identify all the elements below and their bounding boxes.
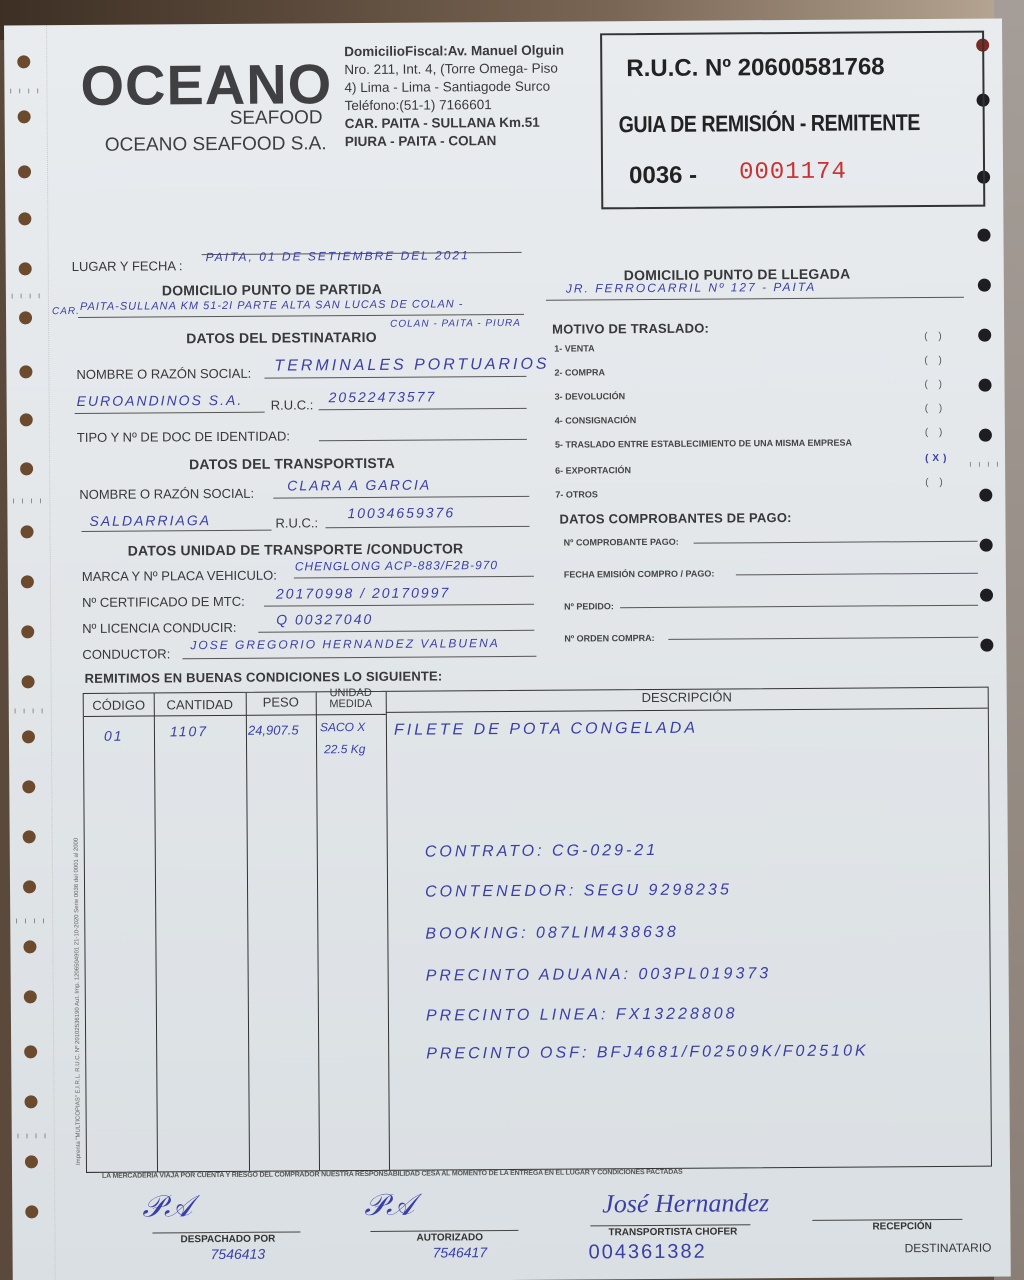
left-feed-strip: ı ı ı ı ı ı ı ı ı ı ı ı ı ı ı ı ı ı ı ı …: [4, 25, 56, 1280]
motivo-option-label: 6- EXPORTACIÓN: [555, 465, 631, 476]
motivo-checkbox[interactable]: ( ): [925, 403, 947, 414]
company-address: DomicilioFiscal:Av. Manuel Olguin Nro. 2…: [344, 42, 565, 152]
document-title: GUIA DE REMISIÓN - REMITENTE: [619, 109, 920, 138]
lugar-fecha-label: LUGAR Y FECHA :: [72, 258, 183, 274]
cell-descripcion: FILETE DE POTA CONGELADA: [394, 720, 698, 740]
remision-guide-document: ı ı ı ı ı ı ı ı ı ı ı ı ı ı ı ı ı ı ı ı …: [4, 19, 1011, 1280]
signature-number-autorizado: 7546417: [433, 1244, 488, 1260]
signature-chofer-icon: José Hernandez: [602, 1188, 769, 1219]
signature-label-recepcion: RECEPCIÓN: [872, 1221, 932, 1232]
motivo-checkbox[interactable]: (X): [925, 453, 950, 464]
printer-imprint: Imprenta "MULTICOPIAS" E.I.R.L. R.U.C. N…: [74, 838, 82, 1165]
destinatario-nombre-label: NOMBRE O RAZÓN SOCIAL:: [76, 366, 251, 382]
mtc-value: 20170998 / 20170997: [276, 584, 450, 601]
feed-hole-icon: [22, 675, 35, 688]
transportista-title: DATOS DEL TRANSPORTISTA: [189, 455, 395, 472]
header-unidad: UNIDAD MEDIDA: [316, 688, 386, 710]
destinatario-footer-label: DESTINATARIO: [905, 1241, 992, 1256]
company-logo-sub: SEAFOOD: [230, 107, 323, 130]
feed-hole-icon: [19, 365, 32, 378]
transportista-ruc-label: R.U.C.:: [275, 515, 318, 530]
header-cantidad: CANTIDAD: [154, 697, 246, 713]
placa-label: MARCA Y Nº PLACA VEHICULO:: [82, 568, 277, 584]
comprobante-label: Nº COMPROBANTE PAGO:: [564, 537, 679, 548]
feed-hole-icon: [977, 229, 990, 242]
destinatario-ruc-label: R.U.C.:: [271, 397, 314, 412]
company-legal-name: OCEANO SEAFOOD S.A.: [105, 133, 327, 157]
feed-hole-icon: [24, 1095, 37, 1108]
feed-hole-icon: [22, 730, 35, 743]
feed-tick-marks: ı ı ı ı: [969, 459, 1001, 469]
licencia-line: [258, 630, 534, 633]
signature-autorizado-icon: 𝒫𝒜: [364, 1189, 414, 1223]
description-note: CONTRATO: CG-029-21: [425, 842, 658, 862]
feed-hole-icon: [23, 830, 36, 843]
ruc-number: R.U.C. Nº 20600581768: [626, 53, 884, 83]
feed-hole-icon: [978, 329, 991, 342]
llegada-value: JR. FERROCARRIL Nº 127 - PAITA: [566, 280, 817, 296]
signature-despachado-icon: 𝒫𝒜: [142, 1190, 192, 1224]
destinatario-title: DATOS DEL DESTINATARIO: [186, 329, 377, 346]
cell-peso: 24,907.5: [248, 722, 299, 737]
feed-tick-marks: ı ı ı ı: [17, 1130, 49, 1140]
feed-tick-marks: ı ı ı ı: [12, 495, 44, 505]
destinatario-nombre-line: [264, 376, 526, 379]
feed-hole-icon: [979, 489, 992, 502]
licencia-label: Nº LICENCIA CONDUCIR:: [82, 620, 236, 636]
motivo-checkbox[interactable]: ( ): [925, 427, 947, 438]
feed-hole-icon: [979, 379, 992, 392]
signature-number-despachado: 7546413: [211, 1246, 266, 1262]
placa-value: CHENGLONG ACP-883/F2B-970: [295, 558, 498, 573]
comprobantes-title: DATOS COMPROBANTES DE PAGO:: [559, 510, 791, 527]
feed-hole-icon: [20, 462, 33, 475]
signature-number-chofer: 004361382: [589, 1241, 707, 1265]
address-line: DomicilioFiscal:Av. Manuel Olguin: [344, 42, 564, 62]
destinatario-ruc-value: 20522473577: [329, 388, 437, 405]
motivo-checkbox[interactable]: ( ): [925, 379, 947, 390]
feed-tick-marks: ı ı ı ı: [14, 705, 46, 715]
description-note: PRECINTO ADUANA: 003PL019373: [426, 965, 772, 985]
motivo-option-label: 3- DEVOLUCIÓN: [555, 391, 626, 401]
comprobante-label: Nº ORDEN COMPRA:: [564, 633, 654, 644]
comprobante-field[interactable]: [620, 605, 978, 608]
feed-hole-icon: [24, 1045, 37, 1058]
feed-hole-icon: [23, 940, 36, 953]
header-codigo: CÓDIGO: [84, 697, 154, 712]
description-note: BOOKING: 087LIM438638: [425, 924, 678, 944]
feed-tick-marks: ı ı ı ı: [15, 915, 47, 925]
feed-hole-icon: [21, 575, 34, 588]
feed-hole-icon: [21, 625, 34, 638]
col-divider: [154, 693, 158, 1171]
address-line: Nro. 211, Int. 4, (Torre Omega- Piso: [344, 60, 564, 80]
cell-unidad-2: 22.5 Kg: [324, 742, 365, 756]
feed-hole-icon: [20, 413, 33, 426]
transportista-nombre-value-2: SALDARRIAGA: [89, 512, 211, 529]
description-note: PRECINTO LINEA: FX13228808: [426, 1005, 738, 1025]
comprobante-field[interactable]: [736, 573, 978, 576]
motivo-option-label: 7- OTROS: [555, 489, 598, 499]
feed-tick-marks: ı ı ı ı: [9, 85, 41, 95]
header-descripcion: DESCRIPCIÓN: [386, 688, 988, 707]
motivo-checkbox[interactable]: ( ): [924, 331, 946, 342]
transportista-ruc-line: [326, 526, 530, 528]
items-title: REMITIMOS EN BUENAS CONDICIONES LO SIGUI…: [85, 668, 443, 685]
feed-hole-icon: [25, 1155, 38, 1168]
conductor-label: CONDUCTOR:: [82, 646, 170, 662]
feed-hole-icon: [18, 165, 31, 178]
motivo-title: MOTIVO DE TRASLADO:: [552, 321, 709, 337]
col-divider: [386, 692, 390, 1170]
document-number: 0001174: [739, 159, 847, 187]
partida-value: PAITA-SULLANA KM 51-2I PARTE ALTA SAN LU…: [80, 298, 464, 313]
motivo-option-label: 5- TRASLADO ENTRE ESTABLECIMIENTO DE UNA…: [555, 438, 852, 450]
transportista-nombre-line: [273, 496, 529, 499]
feed-tick-marks: ı ı ı ı: [11, 290, 43, 300]
feed-hole-icon: [23, 880, 36, 893]
document-serie: 0036 -: [629, 162, 697, 190]
partida-title: DOMICILIO PUNTO DE PARTIDA: [162, 281, 382, 299]
destinatario-nombre-value: TERMINALES PORTUARIOS: [274, 356, 549, 376]
feed-hole-icon: [22, 780, 35, 793]
destinatario-ruc-line: [319, 408, 527, 410]
conductor-value: JOSE GREGORIO HERNANDEZ VALBUENA: [190, 636, 499, 652]
ruc-box: R.U.C. Nº 20600581768 GUIA DE REMISIÓN -…: [600, 31, 985, 210]
partida-value-2: COLAN - PAITA - PIURA: [390, 318, 521, 330]
feed-hole-icon: [21, 525, 34, 538]
feed-hole-icon: [24, 990, 37, 1003]
header-divider: [386, 708, 988, 713]
transportista-nombre-value: CLARA A GARCIA: [287, 477, 431, 494]
address-line: CAR. PAITA - SULLANA Km.51: [345, 114, 565, 134]
comprobante-label: FECHA EMISIÓN COMPRO / PAGO:: [564, 569, 715, 580]
header-unidad-2: MEDIDA: [316, 699, 386, 710]
cell-cantidad: 1107: [170, 723, 208, 739]
conductor-line: [182, 656, 536, 659]
lugar-fecha-value: PAITA, 01 DE SETIEMBRE DEL 2021: [206, 248, 470, 264]
feed-hole-icon: [25, 1205, 38, 1218]
motivo-checkbox[interactable]: ( ): [924, 355, 946, 366]
cell-codigo: 01: [104, 728, 124, 744]
motivo-option-label: 4- CONSIGNACIÓN: [555, 415, 637, 426]
signature-label-chofer: TRANSPORTISTA CHOFER: [608, 1226, 737, 1238]
feed-hole-icon: [18, 212, 31, 225]
placa-line: [294, 576, 534, 579]
signature-label-autorizado: AUTORIZADO: [416, 1232, 483, 1243]
feed-hole-icon: [978, 279, 991, 292]
motivo-option-label: 2- COMPRA: [554, 367, 605, 377]
comprobante-field[interactable]: [694, 541, 978, 544]
feed-hole-icon: [19, 262, 32, 275]
address-line: PIURA - PAITA - COLAN: [345, 132, 565, 152]
doc-identidad-label: TIPO Y Nº DE DOC DE IDENTIDAD:: [77, 428, 290, 444]
col-divider: [246, 693, 250, 1171]
feed-hole-icon: [980, 639, 993, 652]
feed-hole-icon: [979, 429, 992, 442]
licencia-value: Q 00327040: [276, 611, 373, 628]
destinatario-nombre-line-2: [75, 412, 265, 414]
items-table: CÓDIGO CANTIDAD PESO UNIDAD MEDIDA DESCR…: [83, 687, 992, 1173]
col-divider: [316, 692, 320, 1170]
motivo-option-label: 1- VENTA: [554, 343, 594, 353]
description-note: CONTENEDOR: SEGU 9298235: [425, 881, 732, 901]
unidad-title: DATOS UNIDAD DE TRANSPORTE /CONDUCTOR: [128, 540, 464, 558]
transportista-nombre-label: NOMBRE O RAZÓN SOCIAL:: [79, 486, 254, 502]
motivo-checkbox[interactable]: ( ): [925, 477, 947, 488]
feed-hole-icon: [17, 55, 30, 68]
mtc-line: [264, 604, 534, 607]
llegada-line: [546, 297, 964, 301]
transportista-nombre-line-2: [82, 530, 272, 532]
feed-hole-icon: [18, 110, 31, 123]
comprobante-field[interactable]: [668, 637, 978, 640]
feed-hole-icon: [980, 539, 993, 552]
doc-identidad-field[interactable]: [319, 439, 527, 441]
partida-prefix: CAR.: [52, 306, 80, 317]
mtc-label: Nº CERTIFICADO DE MTC:: [82, 594, 245, 610]
address-line: 4) Lima - Lima - Santiagode Surco: [344, 78, 564, 98]
header-peso: PESO: [246, 694, 316, 709]
destinatario-nombre-value-2: EUROANDINOS S.A.: [77, 392, 244, 409]
header-divider: [84, 714, 386, 717]
feed-hole-icon: [980, 589, 993, 602]
signature-label-despachado: DESPACHADO POR: [180, 1234, 275, 1246]
description-note: PRECINTO OSF: BFJ4681/F02509K/F02510K: [426, 1042, 869, 1063]
transportista-ruc-value: 10034659376: [347, 504, 455, 521]
address-line: Teléfono:(51-1) 7166601: [345, 96, 565, 116]
comprobante-label: Nº PEDIDO:: [564, 601, 614, 611]
feed-hole-icon: [19, 311, 32, 324]
cell-unidad-1: SACO X: [320, 720, 365, 734]
